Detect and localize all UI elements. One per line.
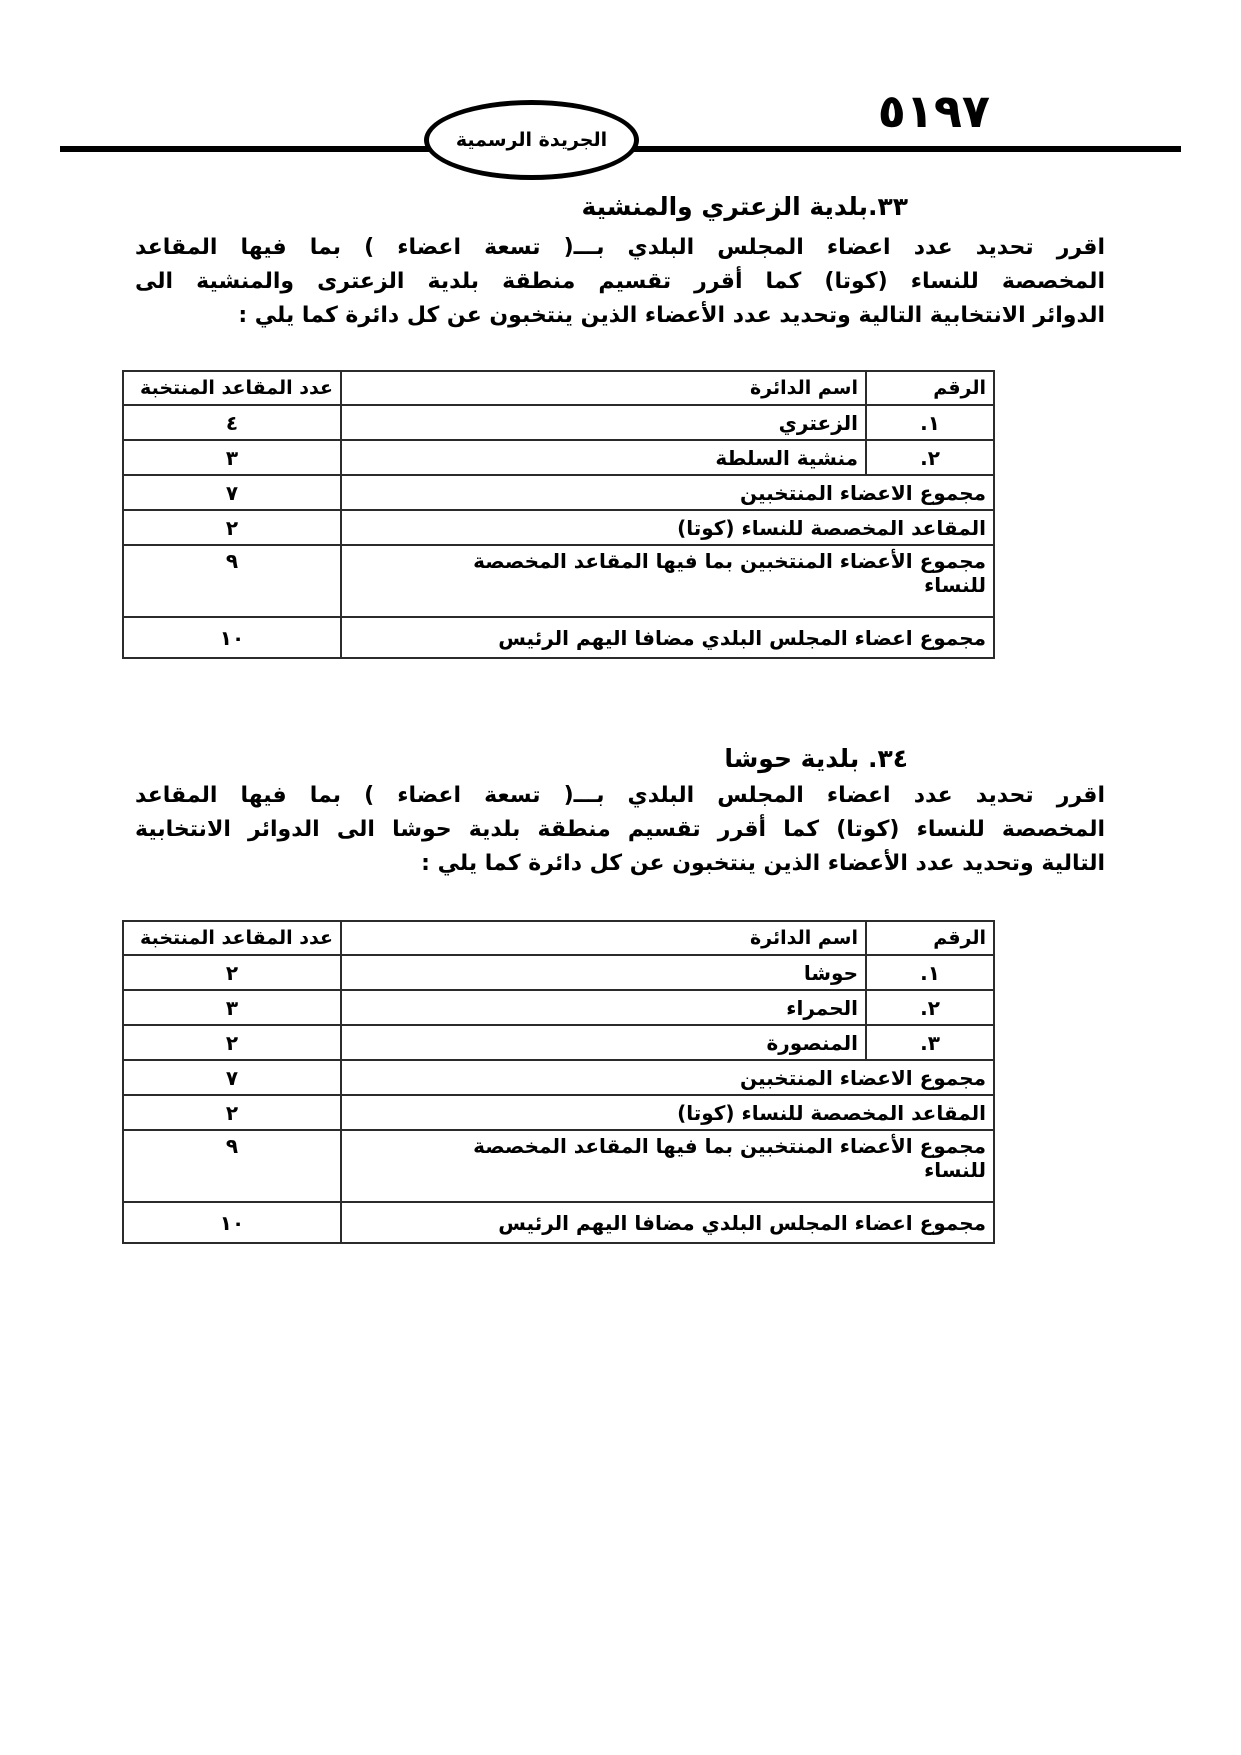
summary-label-cell: المقاعد المخصصة للنساء (كوتا) xyxy=(341,1095,994,1130)
district-number-cell: ١. xyxy=(866,405,994,440)
summary-label-line2: للنساء xyxy=(349,573,986,597)
district-seats-cell: ٤ xyxy=(123,405,341,440)
paragraph-line: التالية وتحديد عدد الأعضاء الذين ينتخبون… xyxy=(135,847,1105,881)
summary-label-line2: للنساء xyxy=(349,1158,986,1182)
header-number: الرقم xyxy=(866,921,994,955)
district-seats-cell: ٢ xyxy=(123,1025,341,1060)
header-district: اسم الدائرة xyxy=(341,921,866,955)
summary-value-cell: ١٠ xyxy=(123,617,341,658)
summary-label-cell: مجموع الأعضاء المنتخبين بما فيها المقاعد… xyxy=(341,1130,994,1202)
summary-value-cell: ٢ xyxy=(123,1095,341,1130)
section-34-paragraph: اقرر تحديد عدد اعضاء المجلس البلدي بـــ(… xyxy=(135,779,1105,881)
summary-value-cell: ٩ xyxy=(123,545,341,617)
paragraph-line: الدوائر الانتخابية التالية وتحديد عدد ال… xyxy=(135,299,1105,333)
summary-value-cell: ٢ xyxy=(123,510,341,545)
section-34-table: الرقم اسم الدائرة عدد المقاعد المنتخبة ١… xyxy=(122,920,995,1244)
district-name-cell: حوشا xyxy=(341,955,866,990)
district-row: ١. حوشا ٢ xyxy=(123,955,994,990)
page-number: ٥١٩٧ xyxy=(878,88,990,134)
header-seats: عدد المقاعد المنتخبة xyxy=(123,921,341,955)
district-number-cell: ٢. xyxy=(866,440,994,475)
summary-label: المقاعد المخصصة للنساء (كوتا) xyxy=(349,516,986,540)
district-seats-cell: ٣ xyxy=(123,440,341,475)
summary-row: مجموع اعضاء المجلس البلدي مضافا اليهم ال… xyxy=(123,617,994,658)
summary-label: مجموع الأعضاء المنتخبين بما فيها المقاعد… xyxy=(349,1134,986,1158)
summary-label-cell: مجموع اعضاء المجلس البلدي مضافا اليهم ال… xyxy=(341,617,994,658)
section-33-table: الرقم اسم الدائرة عدد المقاعد المنتخبة ١… xyxy=(122,370,995,659)
summary-label-cell: مجموع الأعضاء المنتخبين بما فيها المقاعد… xyxy=(341,545,994,617)
header-seats: عدد المقاعد المنتخبة xyxy=(123,371,341,405)
paragraph-line: اقرر تحديد عدد اعضاء المجلس البلدي بـــ(… xyxy=(135,779,1105,813)
summary-label-cell: المقاعد المخصصة للنساء (كوتا) xyxy=(341,510,994,545)
table-header-row: الرقم اسم الدائرة عدد المقاعد المنتخبة xyxy=(123,371,994,405)
district-name-cell: منشية السلطة xyxy=(341,440,866,475)
summary-value-cell: ١٠ xyxy=(123,1202,341,1243)
district-seats-cell: ٢ xyxy=(123,955,341,990)
district-seats-cell: ٣ xyxy=(123,990,341,1025)
summary-row: مجموع الاعضاء المنتخبين ٧ xyxy=(123,1060,994,1095)
summary-row: مجموع الأعضاء المنتخبين بما فيها المقاعد… xyxy=(123,1130,994,1202)
district-name-cell: الزعتري xyxy=(341,405,866,440)
summary-label-cell: مجموع الاعضاء المنتخبين xyxy=(341,475,994,510)
district-row: ٢. الحمراء ٣ xyxy=(123,990,994,1025)
summary-label: المقاعد المخصصة للنساء (كوتا) xyxy=(349,1101,986,1125)
summary-label: مجموع الاعضاء المنتخبين xyxy=(349,1066,986,1090)
paragraph-line: المخصصة للنساء (كوتا) كما أقرر تقسيم منط… xyxy=(135,813,1105,847)
summary-row: مجموع اعضاء المجلس البلدي مضافا اليهم ال… xyxy=(123,1202,994,1243)
summary-label: مجموع اعضاء المجلس البلدي مضافا اليهم ال… xyxy=(349,626,986,650)
gazette-badge: الجريدة الرسمية xyxy=(424,100,639,180)
district-number-cell: ٢. xyxy=(866,990,994,1025)
summary-label-cell: مجموع اعضاء المجلس البلدي مضافا اليهم ال… xyxy=(341,1202,994,1243)
summary-row: مجموع الأعضاء المنتخبين بما فيها المقاعد… xyxy=(123,545,994,617)
gazette-page: ٥١٩٧ الجريدة الرسمية ٣٣.بلدية الزعتري وا… xyxy=(0,0,1241,1755)
summary-label-cell: مجموع الاعضاء المنتخبين xyxy=(341,1060,994,1095)
summary-label: مجموع اعضاء المجلس البلدي مضافا اليهم ال… xyxy=(349,1211,986,1235)
district-row: ٣. المنصورة ٢ xyxy=(123,1025,994,1060)
header-district: اسم الدائرة xyxy=(341,371,866,405)
section-34-title: ٣٤. بلدية حوشا xyxy=(724,744,908,774)
gazette-badge-label: الجريدة الرسمية xyxy=(456,129,607,151)
table-header-row: الرقم اسم الدائرة عدد المقاعد المنتخبة xyxy=(123,921,994,955)
paragraph-line: المخصصة للنساء (كوتا) كما أقرر تقسيم منط… xyxy=(135,265,1105,299)
paragraph-line: اقرر تحديد عدد اعضاء المجلس البلدي بـــ(… xyxy=(135,231,1105,265)
section-33-paragraph: اقرر تحديد عدد اعضاء المجلس البلدي بـــ(… xyxy=(135,231,1105,333)
district-row: ١. الزعتري ٤ xyxy=(123,405,994,440)
header-number: الرقم xyxy=(866,371,994,405)
summary-row: المقاعد المخصصة للنساء (كوتا) ٢ xyxy=(123,1095,994,1130)
summary-label: مجموع الاعضاء المنتخبين xyxy=(349,481,986,505)
summary-row: مجموع الاعضاء المنتخبين ٧ xyxy=(123,475,994,510)
district-name-cell: المنصورة xyxy=(341,1025,866,1060)
summary-value-cell: ٧ xyxy=(123,1060,341,1095)
section-33-title: ٣٣.بلدية الزعتري والمنشية xyxy=(581,192,908,222)
district-number-cell: ٣. xyxy=(866,1025,994,1060)
district-name-cell: الحمراء xyxy=(341,990,866,1025)
summary-value-cell: ٧ xyxy=(123,475,341,510)
summary-row: المقاعد المخصصة للنساء (كوتا) ٢ xyxy=(123,510,994,545)
district-number-cell: ١. xyxy=(866,955,994,990)
summary-label: مجموع الأعضاء المنتخبين بما فيها المقاعد… xyxy=(349,549,986,573)
district-row: ٢. منشية السلطة ٣ xyxy=(123,440,994,475)
summary-value-cell: ٩ xyxy=(123,1130,341,1202)
